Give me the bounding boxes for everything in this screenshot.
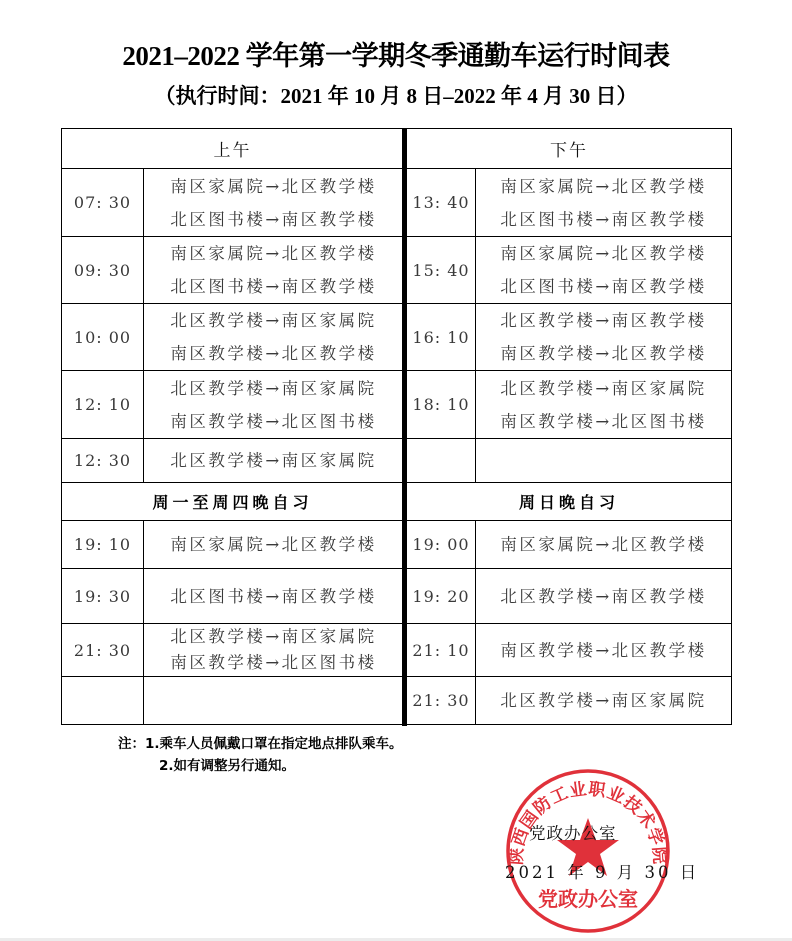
morning-evening-schedule-table: 上午 07: 30 南区家属院→北区教学楼北区图书楼→南区教学楼 09: 30 … — [61, 128, 404, 725]
departure-time: 21: 30 — [407, 677, 476, 725]
departure-time: 07: 30 — [62, 169, 144, 237]
route: 南区家属院→北区教学楼 — [476, 528, 731, 561]
departure-time: 09: 30 — [62, 237, 144, 304]
table-row: 10: 00 北区教学楼→南区家属院南区教学楼→北区教学楼 — [62, 304, 404, 371]
empty-cell-diagonal — [476, 439, 732, 483]
empty-cell-diagonal — [62, 677, 144, 725]
route: 北区图书楼→南区教学楼 — [476, 270, 731, 303]
document-title: 2021–2022 学年第一学期冬季通勤车运行时间表 — [0, 34, 792, 73]
notes: 注：1.乘车人员佩戴口罩在指定地点排队乘车。 2.如有调整另行通知。 — [118, 733, 403, 777]
morning-header: 上午 — [62, 129, 404, 169]
departure-time: 21: 30 — [62, 624, 144, 677]
table-row: 21: 30 北区教学楼→南区家属院南区教学楼→北区图书楼 — [62, 624, 404, 677]
route: 南区家属院→北区教学楼 — [476, 237, 731, 270]
document-subtitle: （执行时间：2021 年 10 月 8 日–2022 年 4 月 30 日） — [0, 80, 792, 110]
departure-time: 12: 30 — [62, 439, 144, 483]
issuing-office: 党政办公室 — [529, 820, 617, 844]
table-row: 19: 00 南区家属院→北区教学楼 — [407, 521, 732, 569]
route: 北区教学楼→南区家属院 — [144, 304, 403, 337]
official-seal-icon: 陕西国防工业职业技术学院 党政办公室 — [505, 768, 671, 934]
empty-cell-diagonal — [407, 439, 476, 483]
route: 南区教学楼→北区图书楼 — [144, 405, 403, 438]
table-row: 19: 10 南区家属院→北区教学楼 — [62, 521, 404, 569]
table-row: 15: 40 南区家属院→北区教学楼北区图书楼→南区教学楼 — [407, 237, 732, 304]
table-row: 21: 30 北区教学楼→南区家属院 — [407, 677, 732, 725]
departure-time: 19: 10 — [62, 521, 144, 569]
weekday-evening-header: 周一至周四晚自习 — [62, 483, 404, 521]
sunday-evening-header: 周日晚自习 — [407, 483, 732, 521]
afternoon-header: 下午 — [407, 129, 732, 169]
route: 南区家属院→北区教学楼 — [476, 170, 731, 203]
route: 南区教学楼→北区图书楼 — [476, 405, 731, 438]
route: 南区家属院→北区教学楼 — [144, 528, 403, 561]
table-row: 13: 40 南区家属院→北区教学楼北区图书楼→南区教学楼 — [407, 169, 732, 237]
route: 北区教学楼→南区教学楼 — [476, 580, 731, 613]
afternoon-sunday-schedule-table: 下午 13: 40 南区家属院→北区教学楼北区图书楼→南区教学楼 15: 40 … — [406, 128, 732, 725]
table-row: 07: 30 南区家属院→北区教学楼北区图书楼→南区教学楼 — [62, 169, 404, 237]
route: 北区教学楼→南区家属院 — [476, 372, 731, 405]
route: 北区教学楼→南区教学楼 — [476, 304, 731, 337]
route: 北区教学楼→南区家属院 — [144, 444, 403, 477]
table-row: 16: 10 北区教学楼→南区教学楼南区教学楼→北区教学楼 — [407, 304, 732, 371]
route: 南区教学楼→北区教学楼 — [144, 337, 403, 370]
route: 北区图书楼→南区教学楼 — [144, 203, 403, 236]
route: 南区教学楼→北区教学楼 — [476, 634, 731, 667]
departure-time: 13: 40 — [407, 169, 476, 237]
departure-time: 19: 30 — [62, 569, 144, 624]
route: 北区教学楼→南区家属院 — [144, 624, 403, 650]
table-row: 09: 30 南区家属院→北区教学楼北区图书楼→南区教学楼 — [62, 237, 404, 304]
note-1: 注：1.乘车人员佩戴口罩在指定地点排队乘车。 — [118, 733, 403, 755]
route: 北区图书楼→南区教学楼 — [144, 270, 403, 303]
empty-row — [62, 677, 404, 725]
table-row: 12: 30 北区教学楼→南区家属院 — [62, 439, 404, 483]
empty-cell-diagonal — [144, 677, 404, 725]
route: 南区家属院→北区教学楼 — [144, 237, 403, 270]
table-row: 19: 20 北区教学楼→南区教学楼 — [407, 569, 732, 624]
departure-time: 21: 10 — [407, 624, 476, 677]
departure-time: 18: 10 — [407, 371, 476, 439]
departure-time: 15: 40 — [407, 237, 476, 304]
route: 北区教学楼→南区家属院 — [144, 372, 403, 405]
departure-time: 12: 10 — [62, 371, 144, 439]
note-2: 2.如有调整另行通知。 — [118, 755, 403, 777]
empty-row — [407, 439, 732, 483]
route: 南区教学楼→北区图书楼 — [144, 650, 403, 676]
departure-time: 19: 20 — [407, 569, 476, 624]
route: 南区教学楼→北区教学楼 — [476, 337, 731, 370]
table-row: 19: 30 北区图书楼→南区教学楼 — [62, 569, 404, 624]
route: 南区家属院→北区教学楼 — [144, 170, 403, 203]
table-row: 21: 10 南区教学楼→北区教学楼 — [407, 624, 732, 677]
table-row: 12: 10 北区教学楼→南区家属院南区教学楼→北区图书楼 — [62, 371, 404, 439]
route: 北区图书楼→南区教学楼 — [476, 203, 731, 236]
departure-time: 10: 00 — [62, 304, 144, 371]
table-row: 18: 10 北区教学楼→南区家属院南区教学楼→北区图书楼 — [407, 371, 732, 439]
departure-time: 16: 10 — [407, 304, 476, 371]
route: 北区图书楼→南区教学楼 — [144, 580, 403, 613]
departure-time: 19: 00 — [407, 521, 476, 569]
route: 北区教学楼→南区家属院 — [476, 684, 731, 717]
svg-text:党政办公室: 党政办公室 — [538, 887, 638, 911]
issue-date: 2021 年 9 月 30 日 — [505, 859, 699, 883]
